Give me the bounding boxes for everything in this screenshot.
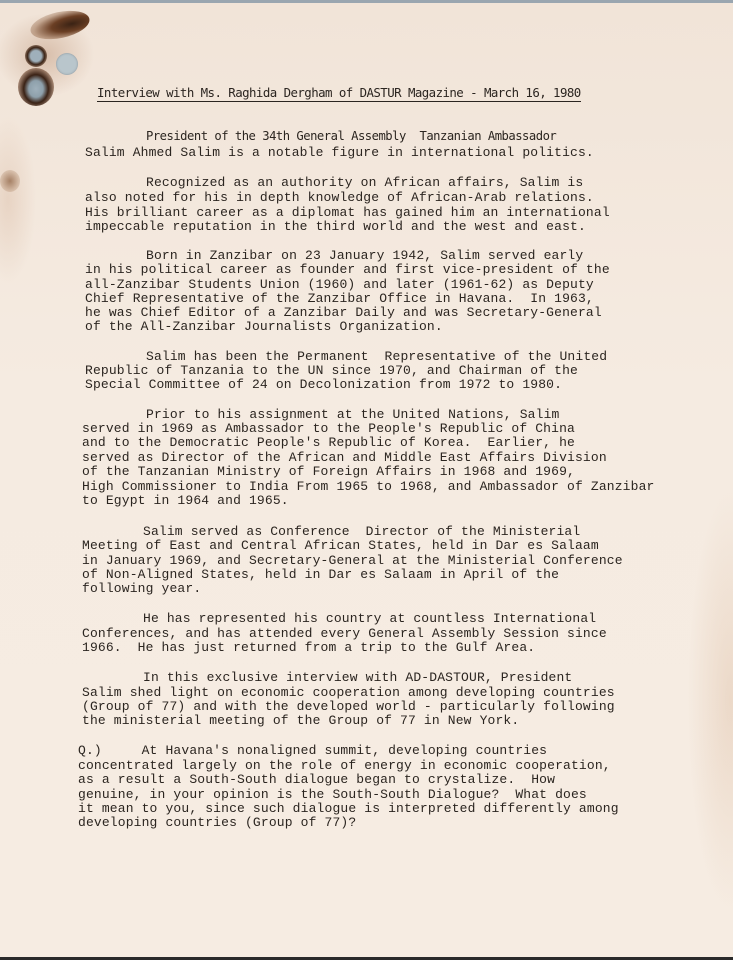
question-line-4: genuine, in your opinion is the South-So…	[78, 787, 587, 802]
paragraph-5-line-4: served as Director of the African and Mi…	[82, 450, 607, 465]
paragraph-1-line-1: President of the 34th General Assembly T…	[146, 129, 556, 144]
paragraph-8-line-2: Salim shed light on economic cooperation…	[82, 685, 615, 700]
paragraph-4-line-1: Salim has been the Permanent Representat…	[146, 349, 607, 364]
document-body: President of the 34th General Assembly T…	[0, 0, 32, 885]
paragraph-5-line-6: High Commissioner to India From 1965 to …	[82, 479, 655, 494]
question-line-5: it mean to you, since such dialogue is i…	[78, 801, 619, 816]
paragraph-3-line-2: in his political career as founder and f…	[85, 262, 610, 277]
paragraph-6-line-3: in January 1969, and Secretary-General a…	[82, 553, 623, 568]
question-line-6: developing countries (Group of 77)?	[78, 815, 356, 830]
paragraph-2-line-4: impeccable reputation in the third world…	[85, 219, 586, 234]
paragraph-4-line-3: Special Committee of 24 on Decolonizatio…	[85, 377, 562, 392]
paragraph-7-line-1: He has represented his country at countl…	[143, 611, 596, 626]
paragraph-5-line-3: and to the Democratic People's Republic …	[82, 435, 575, 450]
paragraph-6-line-4: of Non-Aligned States, held in Dar es Sa…	[82, 567, 559, 582]
punch-hole-icon	[56, 53, 78, 75]
paragraph-6-line-2: Meeting of East and Central African Stat…	[82, 538, 599, 553]
scan-edge-top	[0, 0, 733, 3]
paragraph-3-line-3: all-Zanzibar Students Union (1960) and l…	[85, 277, 594, 292]
paragraph-2-line-3: His brilliant career as a diplomat has g…	[85, 205, 610, 220]
paragraph-3-line-1: Born in Zanzibar on 23 January 1942, Sal…	[146, 248, 583, 263]
question-line-1: Q.) At Havana's nonaligned summit, devel…	[78, 743, 547, 758]
paragraph-2-line-1: Recognized as an authority on African af…	[146, 175, 583, 190]
paragraph-7-line-3: 1966. He has just returned from a trip t…	[82, 640, 535, 655]
question-line-2: concentrated largely on the role of ener…	[78, 758, 611, 773]
paragraph-7-line-2: Conferences, and has attended every Gene…	[82, 626, 607, 641]
burn-stain-icon	[28, 6, 92, 44]
paragraph-2-line-2: also noted for his in depth knowledge of…	[85, 190, 594, 205]
document-page: Interview with Ms. Raghida Dergham of DA…	[0, 0, 733, 960]
paragraph-6-line-5: following year.	[82, 581, 201, 596]
paragraph-3-line-6: of the All-Zanzibar Journalists Organiza…	[85, 319, 443, 334]
paragraph-3-line-4: Chief Representative of the Zanzibar Off…	[85, 291, 594, 306]
paragraph-3-line-5: he was Chief Editor of a Zanzibar Daily …	[85, 305, 602, 320]
paragraph-5-line-5: of the Tanzanian Ministry of Foreign Aff…	[82, 464, 575, 479]
paragraph-4-line-2: Republic of Tanzania to the UN since 197…	[85, 363, 578, 378]
paragraph-5-line-1: Prior to his assignment at the United Na…	[146, 407, 559, 422]
paragraph-8-line-4: the ministerial meeting of the Group of …	[82, 713, 519, 728]
document-title: Interview with Ms. Raghida Dergham of DA…	[97, 86, 581, 102]
paragraph-5-line-2: served in 1969 as Ambassador to the Peop…	[82, 421, 575, 436]
paragraph-1-line-2: Salim Ahmed Salim is a notable figure in…	[85, 145, 594, 160]
paragraph-6-line-1: Salim served as Conference Director of t…	[143, 524, 580, 539]
question-line-3: as a result a South-South dialogue began…	[78, 772, 555, 787]
paragraph-5-line-7: to Egypt in 1964 and 1965.	[82, 493, 289, 508]
paragraph-8-line-3: (Group of 77) and with the developed wor…	[82, 699, 615, 714]
paragraph-8-line-1: In this exclusive interview with AD-DAST…	[143, 670, 572, 685]
